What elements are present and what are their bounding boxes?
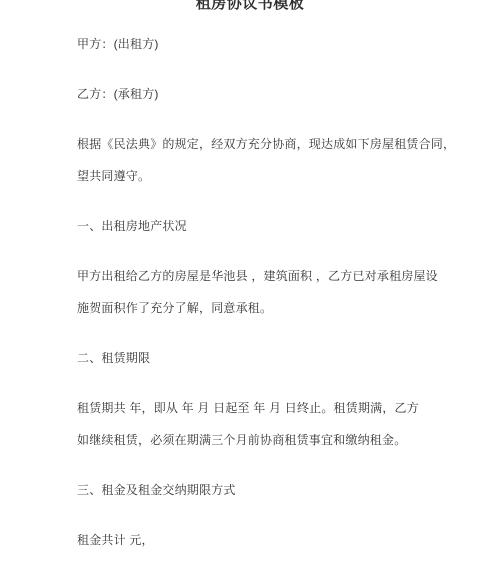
party-a-line: 甲方：(出租方)	[77, 28, 455, 60]
preamble-line-2: 望共同遵守。	[77, 160, 455, 192]
section-3-paragraph: 租金共计 元，	[77, 524, 455, 556]
document-title: 租房协议书模板	[0, 0, 500, 14]
preamble-line-1: 根据《民法典》的规定，经双方充分协商，现达成如下房屋租赁合同，	[77, 128, 455, 160]
section-2-paragraph: 租赁期共 年，即从 年 月 日起至 年 月 日终止。租赁期满，乙方 如继续租赁，…	[77, 392, 455, 456]
section-1-line-1: 甲方出租给乙方的房屋是华池县 ，建筑面积 ，乙方已对承租房屋设	[77, 260, 455, 292]
document-body: 甲方：(出租方) 乙方：(承租方) 根据《民法典》的规定，经双方充分协商，现达成…	[0, 28, 500, 556]
section-1-paragraph: 甲方出租给乙方的房屋是华池县 ，建筑面积 ，乙方已对承租房屋设 施贺面积作了充分…	[77, 260, 455, 324]
section-1-heading: 一、出租房地产状况	[77, 210, 455, 242]
section-3-heading: 三、租金及租金交纳期限方式	[77, 474, 455, 506]
preamble-paragraph: 根据《民法典》的规定，经双方充分协商，现达成如下房屋租赁合同， 望共同遵守。	[77, 128, 455, 192]
section-3-line-1: 租金共计 元，	[77, 524, 455, 556]
section-2-line-2: 如继续租赁，必须在期满三个月前协商租赁事宜和缴纳租金。	[77, 424, 455, 456]
section-2-line-1: 租赁期共 年，即从 年 月 日起至 年 月 日终止。租赁期满，乙方	[77, 392, 455, 424]
rental-agreement-document: 租房协议书模板 甲方：(出租方) 乙方：(承租方) 根据《民法典》的规定，经双方…	[0, 0, 500, 565]
party-b-line: 乙方：(承租方)	[77, 78, 455, 110]
section-2-heading: 二、租赁期限	[77, 342, 455, 374]
section-1-line-2: 施贺面积作了充分了解，同意承租。	[77, 292, 455, 324]
